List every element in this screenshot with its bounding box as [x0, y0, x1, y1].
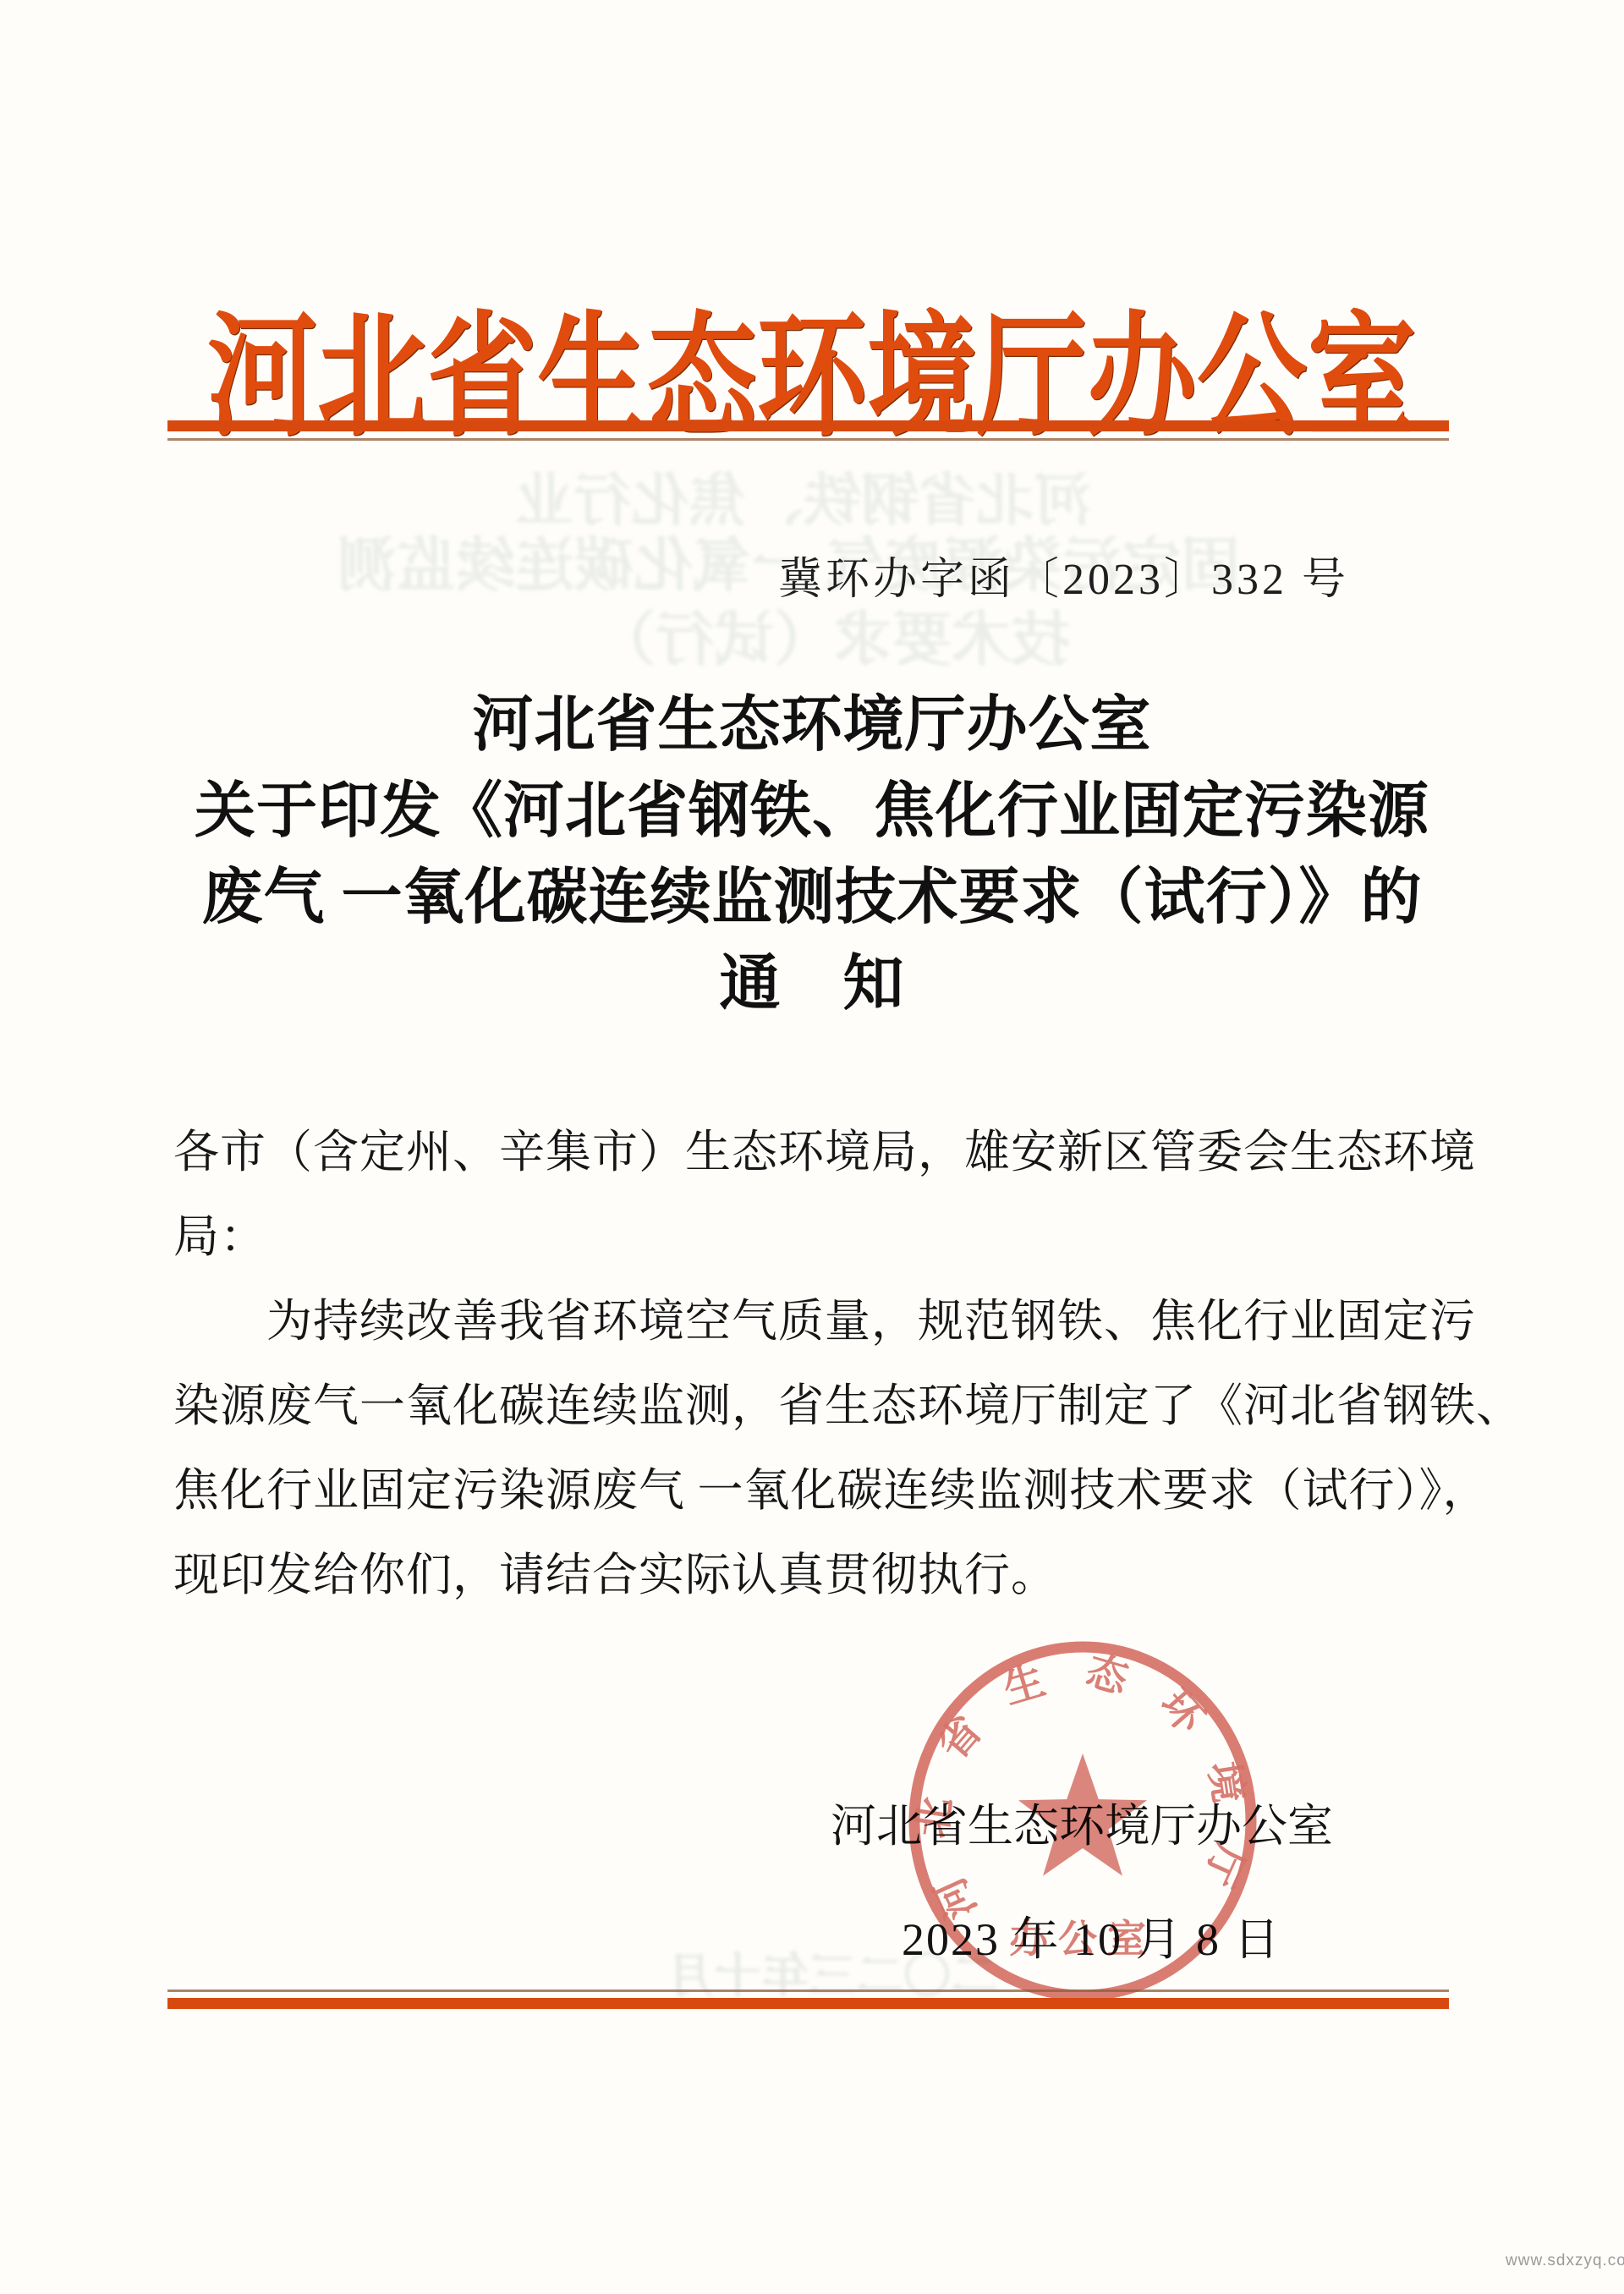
document-body: 各市（含定州、辛集市）生态环境局，雄安新区管委会生态环境 局： 为持续改善我省环…	[173, 1110, 1489, 1617]
salutation-line: 各市（含定州、辛集市）生态环境局，雄安新区管委会生态环境	[173, 1110, 1489, 1194]
official-document-page: 河北省钢铁、焦化行业 固定污染源废气 一氧化碳连续监测 技术要求（试行） 二〇二…	[0, 0, 1624, 2294]
paragraph-line: 焦化行业固定污染源废气 一氧化碳连续监测技术要求（试行）》，	[173, 1448, 1489, 1533]
masthead-agency-title: 河北省生态环境厅办公室	[0, 269, 1624, 462]
paragraph-line: 为持续改善我省环境空气质量，规范钢铁、焦化行业固定污	[173, 1279, 1489, 1364]
document-title-line2: 关于印发《河北省钢铁、焦化行业固定污染源	[0, 768, 1624, 854]
document-title: 河北省生态环境厅办公室 关于印发《河北省钢铁、焦化行业固定污染源 废气 一氧化碳…	[0, 682, 1624, 1027]
official-seal: 河北省生态环境厅 办公室	[903, 1638, 1262, 2005]
salutation-line: 局：	[173, 1194, 1489, 1279]
document-title-line1: 河北省生态环境厅办公室	[0, 682, 1624, 768]
document-number: 冀环办字函〔2023〕332 号	[778, 543, 1349, 606]
document-title-line4: 通 知	[0, 941, 1624, 1027]
top-rule-thick	[167, 420, 1449, 431]
seal-bottom-text: 办公室	[1009, 1918, 1156, 1961]
top-rule-thin	[167, 438, 1449, 441]
paragraph-line: 染源废气一氧化碳连续监测，省生态环境厅制定了《河北省钢铁、	[173, 1364, 1489, 1448]
paragraph-line: 现印发给你们，请结合实际认真贯彻执行。	[173, 1533, 1489, 1617]
seal-star-icon	[1018, 1753, 1147, 1876]
bottom-rule-thin	[167, 1989, 1449, 1992]
bottom-rule-thick	[167, 1998, 1449, 2009]
site-watermark: www.sdxzyq.com	[1506, 2252, 1624, 2270]
document-title-line3: 废气 一氧化碳连续监测技术要求（试行）》的	[0, 854, 1624, 941]
